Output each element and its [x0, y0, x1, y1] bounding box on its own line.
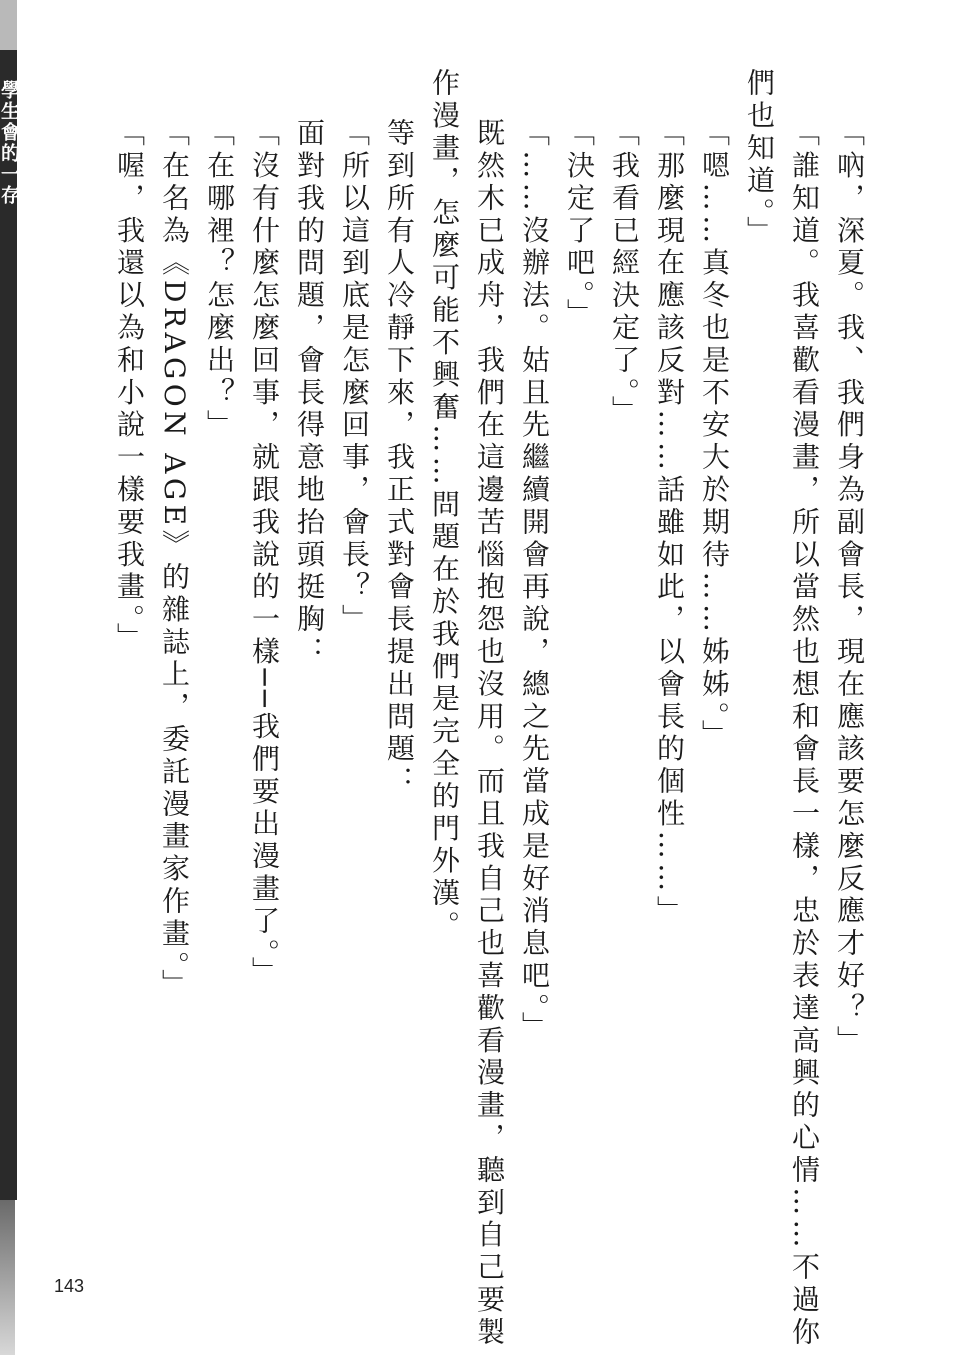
text-column: 面對我的問題，會長得意地抬頭挺胸： — [293, 118, 323, 669]
text-column: 「在哪裡？怎麼出？」 — [203, 118, 233, 442]
text-column: 「所以這到底是怎麼回事，會長？」 — [338, 118, 368, 636]
text-column: 「嗯……真冬也是不安大於期待……姊姊。」 — [698, 118, 728, 752]
page-number: 143 — [54, 1276, 84, 1297]
body-text: 「吶，深夏。我、我們身為副會長，現在應該要怎麼反應才好？」 「誰知道。我喜歡看漫… — [0, 0, 960, 1200]
text-column: 「吶，深夏。我、我們身為副會長，現在應該要怎麼反應才好？」 — [833, 118, 863, 1058]
text-column: 「在名為《DRAGON AGE》的雜誌上，委託漫畫家作畫。」 — [158, 118, 188, 1002]
text-column: 「喔，我還以為和小說一樣要我畫。」 — [113, 118, 143, 655]
text-column: 作漫畫，怎麼可能不興奮……問題在於我們是完全的門外漢。 — [428, 68, 458, 943]
text-column: 等到所有人冷靜下來，我正式對會長提出問題： — [383, 118, 413, 798]
text-column: 「……沒辦法。姑且先繼續開會再說，總之先當成是好消息吧。」 — [518, 118, 548, 1044]
text-column: 「我看已經決定了。」 — [608, 118, 638, 428]
text-column: 們也知道。」 — [743, 68, 773, 248]
text-column: 既然木已成舟，我們在這邊苦惱抱怨也沒用。而且我自己也喜歡看漫畫，聽到自己要製 — [473, 118, 503, 1349]
text-column: 「沒有什麼怎麼回事，就跟我說的一樣──我們要出漫畫了。」 — [248, 118, 278, 989]
side-strip-bottom — [0, 1200, 15, 1355]
text-column: 「那麼現在應該反對……話雖如此，以會長的個性……」 — [653, 118, 683, 928]
text-column: 「誰知道。我喜歡看漫畫，所以當然也想和會長一樣，忠於表達高興的心情……不過你 — [788, 118, 818, 1349]
text-column: 「決定了吧。」 — [563, 118, 593, 331]
